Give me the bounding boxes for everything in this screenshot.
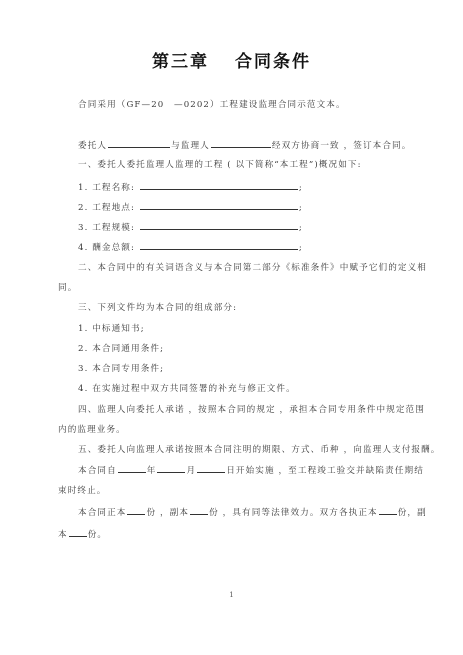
item-label: 4. 酬金总额:: [78, 243, 135, 253]
supervisor-label: 与监理人: [171, 141, 210, 151]
original-count-blank[interactable]: [127, 505, 145, 515]
project-name-blank[interactable]: [140, 180, 298, 190]
copies-text: 份 ，副本: [146, 508, 189, 518]
term-line-2: 束时终止。: [58, 484, 106, 496]
each-original-blank[interactable]: [379, 505, 397, 515]
copies-text: 份，副: [398, 508, 427, 518]
clause-4-line-2: 内的监理业务。: [58, 423, 126, 435]
item-end: ;: [299, 243, 303, 253]
principal-label: 委托人: [78, 141, 107, 151]
duplicate-count-blank[interactable]: [190, 505, 208, 515]
chapter-title: 第三章合同条件: [0, 47, 463, 72]
item-end: ;: [299, 183, 303, 193]
clause-1-item: 2. 工程地点: ;: [78, 200, 303, 213]
clause-3: 三、下列文件均为本合同的组成部分:: [78, 301, 237, 313]
intro-paragraph: 合同采用（GF—20 —0202）工程建设监理合同示范文本。: [78, 98, 346, 110]
chapter-number: 第三章: [152, 52, 209, 72]
project-scale-blank[interactable]: [140, 220, 298, 230]
day-blank[interactable]: [197, 463, 225, 473]
copies-text: 本: [58, 530, 68, 540]
clause-2-line-1: 二、本合同中的有关词语含义与本合同第二部分《标准条件》中赋予它们的定义相: [78, 261, 427, 273]
clause-3-item: 2. 本合同通用条件;: [78, 342, 164, 354]
parties-paragraph: 委托人与监理人经双方协商一致 ，签订本合同。: [78, 138, 411, 151]
copies-line-2: 本份。: [58, 527, 107, 540]
item-label: 2. 工程地点:: [78, 203, 135, 213]
clause-1-item: 3. 工程规模: ;: [78, 220, 303, 233]
principal-blank[interactable]: [108, 138, 170, 148]
item-end: ;: [299, 203, 303, 213]
item-label: 1. 工程名称:: [78, 183, 135, 193]
term-end-text: 日开始实施 ，至工程竣工验交并缺陷责任期结: [226, 466, 424, 476]
month-blank[interactable]: [157, 463, 185, 473]
fee-total-blank[interactable]: [140, 240, 298, 250]
item-end: ;: [299, 223, 303, 233]
clause-4-line-1: 四、监理人向委托人承诺 ，按照本合同的规定 ，承担本合同专用条件中规定范围: [78, 403, 425, 415]
year-label: 年: [147, 466, 157, 476]
clause-1: 一、委托人委托监理人监理的工程 ( 以下简称“本工程”)概况如下:: [78, 158, 362, 170]
chapter-name: 合同条件: [235, 52, 311, 72]
clause-3-item: 1. 中标通知书;: [78, 322, 145, 334]
copies-line-1: 本合同正本份 ，副本份 ，具有同等法律效力。双方各执正本份，副: [78, 505, 427, 518]
clause-1-item: 1. 工程名称: ;: [78, 180, 303, 193]
clause-5: 五、委托人向监理人承诺按照本合同注明的期限、方式、币种 ，向监理人支付报酬。: [78, 443, 441, 455]
clause-2-line-2: 同。: [58, 281, 77, 293]
clause-1-item: 4. 酬金总额: ;: [78, 240, 303, 253]
document-page: 第三章合同条件 合同采用（GF—20 —0202）工程建设监理合同示范文本。 委…: [0, 0, 463, 655]
clause-3-item: 3. 本合同专用条件;: [78, 362, 164, 374]
agreement-text: 经双方协商一致 ，签订本合同。: [272, 141, 412, 151]
project-location-blank[interactable]: [140, 200, 298, 210]
page-number: 1: [0, 591, 463, 599]
term-start-text: 本合同自: [78, 466, 117, 476]
copies-text: 份 ，具有同等法律效力。双方各执正本: [209, 508, 378, 518]
supervisor-blank[interactable]: [211, 138, 271, 148]
month-label: 月: [186, 466, 196, 476]
item-label: 3. 工程规模:: [78, 223, 135, 233]
copies-text: 本合同正本: [78, 508, 126, 518]
clause-3-item: 4. 在实施过程中双方共同签署的补充与修正文件。: [78, 382, 296, 394]
term-line-1: 本合同自年月日开始实施 ，至工程竣工验交并缺陷责任期结: [78, 463, 424, 476]
year-blank[interactable]: [118, 463, 146, 473]
each-duplicate-blank[interactable]: [69, 527, 87, 537]
copies-text: 份。: [88, 530, 107, 540]
